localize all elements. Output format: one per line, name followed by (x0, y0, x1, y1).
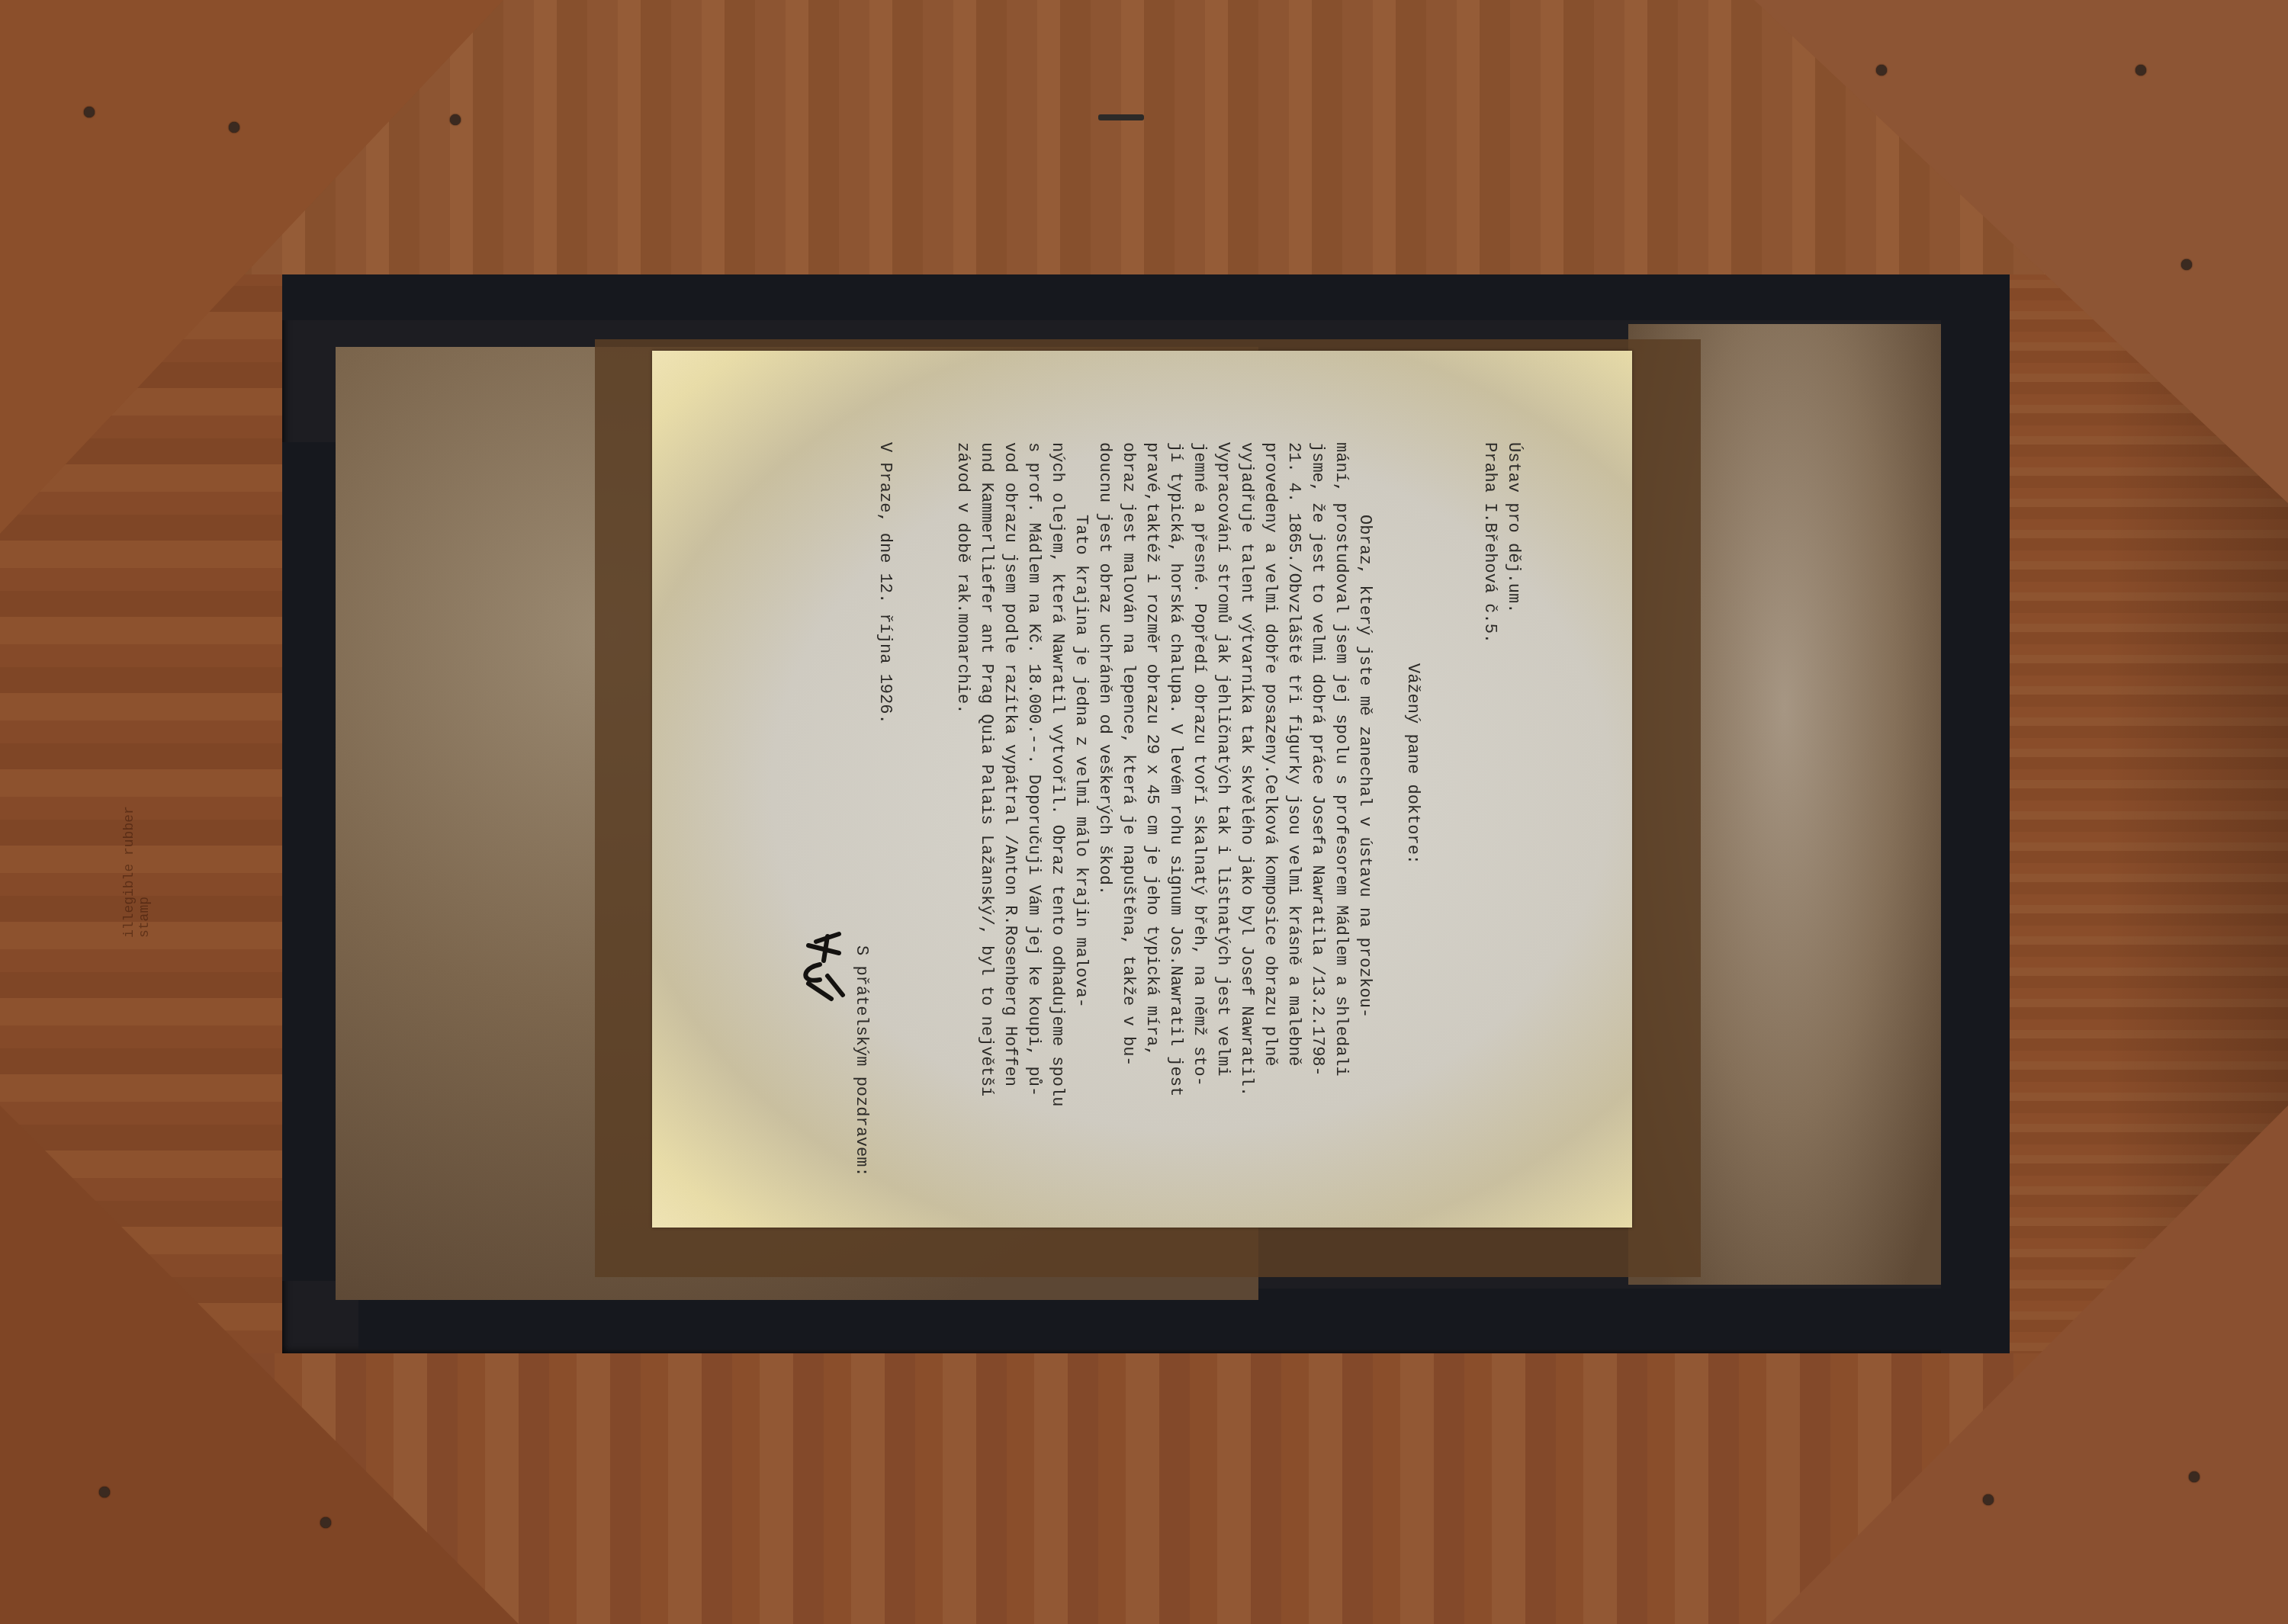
typed-letter: Ústav pro děj.um. Praha I.Břehová č.5. V… (610, 442, 1525, 1205)
text-line: 21. 4. 1865./Obvzláště tři figurky jsou … (1282, 442, 1306, 1205)
frame-stamp-left: illegible rubber stamp (122, 762, 175, 938)
text-line: vyjadřuje talent výtvarníka tak skvělého… (1235, 442, 1258, 1205)
text-line: jí typická, horská chalupa. V levém rohu… (1164, 442, 1187, 1205)
letter-header: Ústav pro děj.um. Praha I.Břehová č.5. (1478, 442, 1525, 1205)
signature-icon (786, 930, 854, 1006)
letter-closing: S přátelským pozdravem: (850, 442, 873, 1205)
text-line: und Kammerlliefer ant Prag Quia Palais L… (975, 442, 998, 1205)
nail-icon (2181, 259, 2192, 270)
text-line: provedeny a velmi dobře posazeny.Celková… (1258, 442, 1282, 1205)
nail-icon (229, 122, 239, 133)
text-line: Obraz, který jste mě zanechal v ústavu n… (1353, 442, 1377, 1205)
letter-date: V Praze, dne 12. října 1926. (873, 442, 897, 1205)
black-tape-top (282, 274, 2010, 320)
nail-icon (1983, 1494, 1994, 1505)
nail-icon (450, 114, 461, 125)
text-line: ných olejem, která Nawratil vytvořil. Ob… (1046, 442, 1069, 1205)
text-line: Vypracování stromů jak jehličnatých tak … (1211, 442, 1235, 1205)
nail-icon (2189, 1472, 2200, 1482)
text-line: jemné a přesné. Popředí obrazu tvoří ska… (1187, 442, 1211, 1205)
letter-greeting: Vážený pane doktore: (1401, 442, 1425, 1205)
letter-paragraph-2: Tato krajina je jedna z velmi málo kraji… (951, 442, 1093, 1205)
header-line: Praha I.Břehová č.5. (1478, 442, 1502, 1205)
nail-icon (84, 107, 95, 117)
nail-icon (99, 1487, 110, 1497)
header-line: Ústav pro děj.um. (1502, 442, 1525, 1205)
black-tape-right (1941, 274, 2010, 1353)
hanging-wire-staple (1098, 114, 1144, 120)
text-line: mání, prostudoval jsem jej spolu s profe… (1329, 442, 1353, 1205)
black-tape-left (282, 442, 336, 1281)
nail-icon (2135, 65, 2146, 75)
text-line: vod obrazu jsem podle razítka vypátral /… (998, 442, 1022, 1205)
letter-paragraph-1: Obraz, který jste mě zanechal v ústavu n… (1093, 442, 1377, 1205)
nail-icon (1876, 65, 1887, 75)
text-line: obraz jest malován na lepence, která je … (1117, 442, 1140, 1205)
text-line: Tato krajina je jedna z velmi málo kraji… (1069, 442, 1093, 1205)
text-line: závod v době rak.monarchie. (951, 442, 975, 1205)
text-line: s prof. Mádlem na Kč. 18.000.--. Doporuč… (1022, 442, 1046, 1205)
nail-icon (320, 1517, 331, 1528)
text-line: doucnu jest obraz uchráněn od veškerých … (1093, 442, 1117, 1205)
text-line: jsme, že jest to velmi dobrá práce Josef… (1306, 442, 1329, 1205)
text-line: pravé,taktéž i rozměr obrazu 29 x 45 cm … (1140, 442, 1164, 1205)
